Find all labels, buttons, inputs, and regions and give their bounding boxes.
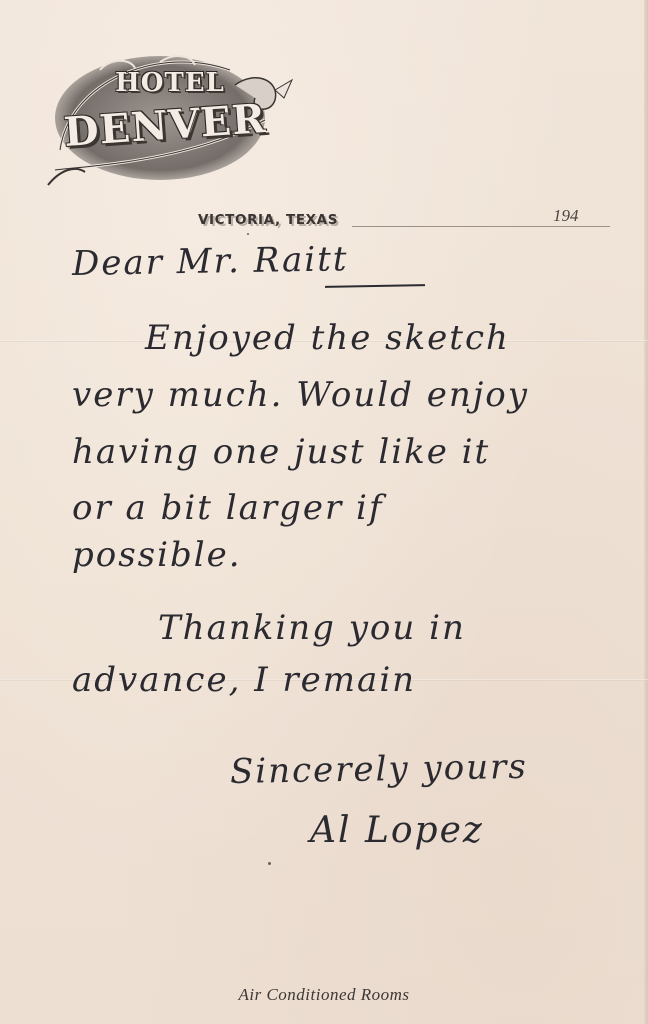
ink-speck — [247, 233, 249, 235]
letter-line: possible. — [72, 535, 242, 575]
ink-speck — [268, 862, 271, 865]
salutation: Dear Mr. Raitt — [72, 239, 349, 284]
signature: Al Lopez — [310, 810, 484, 851]
salutation-dash — [325, 284, 425, 288]
letter-line: or a bit larger if — [72, 488, 384, 528]
letter-page: HOTEL DENVER VICTORIA, TEXAS 194 Dear Mr… — [0, 0, 648, 1024]
letter-line: Enjoyed the sketch — [145, 318, 510, 358]
logo-hotel-word: HOTEL — [100, 68, 240, 98]
date-line — [352, 226, 610, 227]
letterhead-location: VICTORIA, TEXAS — [198, 212, 338, 228]
hotel-logo: HOTEL DENVER — [40, 40, 295, 200]
date-year: 194 — [553, 206, 579, 226]
paper-edge — [644, 0, 648, 1024]
letter-line: very much. Would enjoy — [72, 375, 529, 415]
letter-line: Thanking you in — [158, 608, 466, 648]
letter-line: having one just like it — [72, 432, 490, 472]
letter-line: advance, I remain — [72, 660, 416, 700]
footer-tagline: Air Conditioned Rooms — [0, 985, 648, 1005]
closing: Sincerely yours — [230, 747, 528, 792]
